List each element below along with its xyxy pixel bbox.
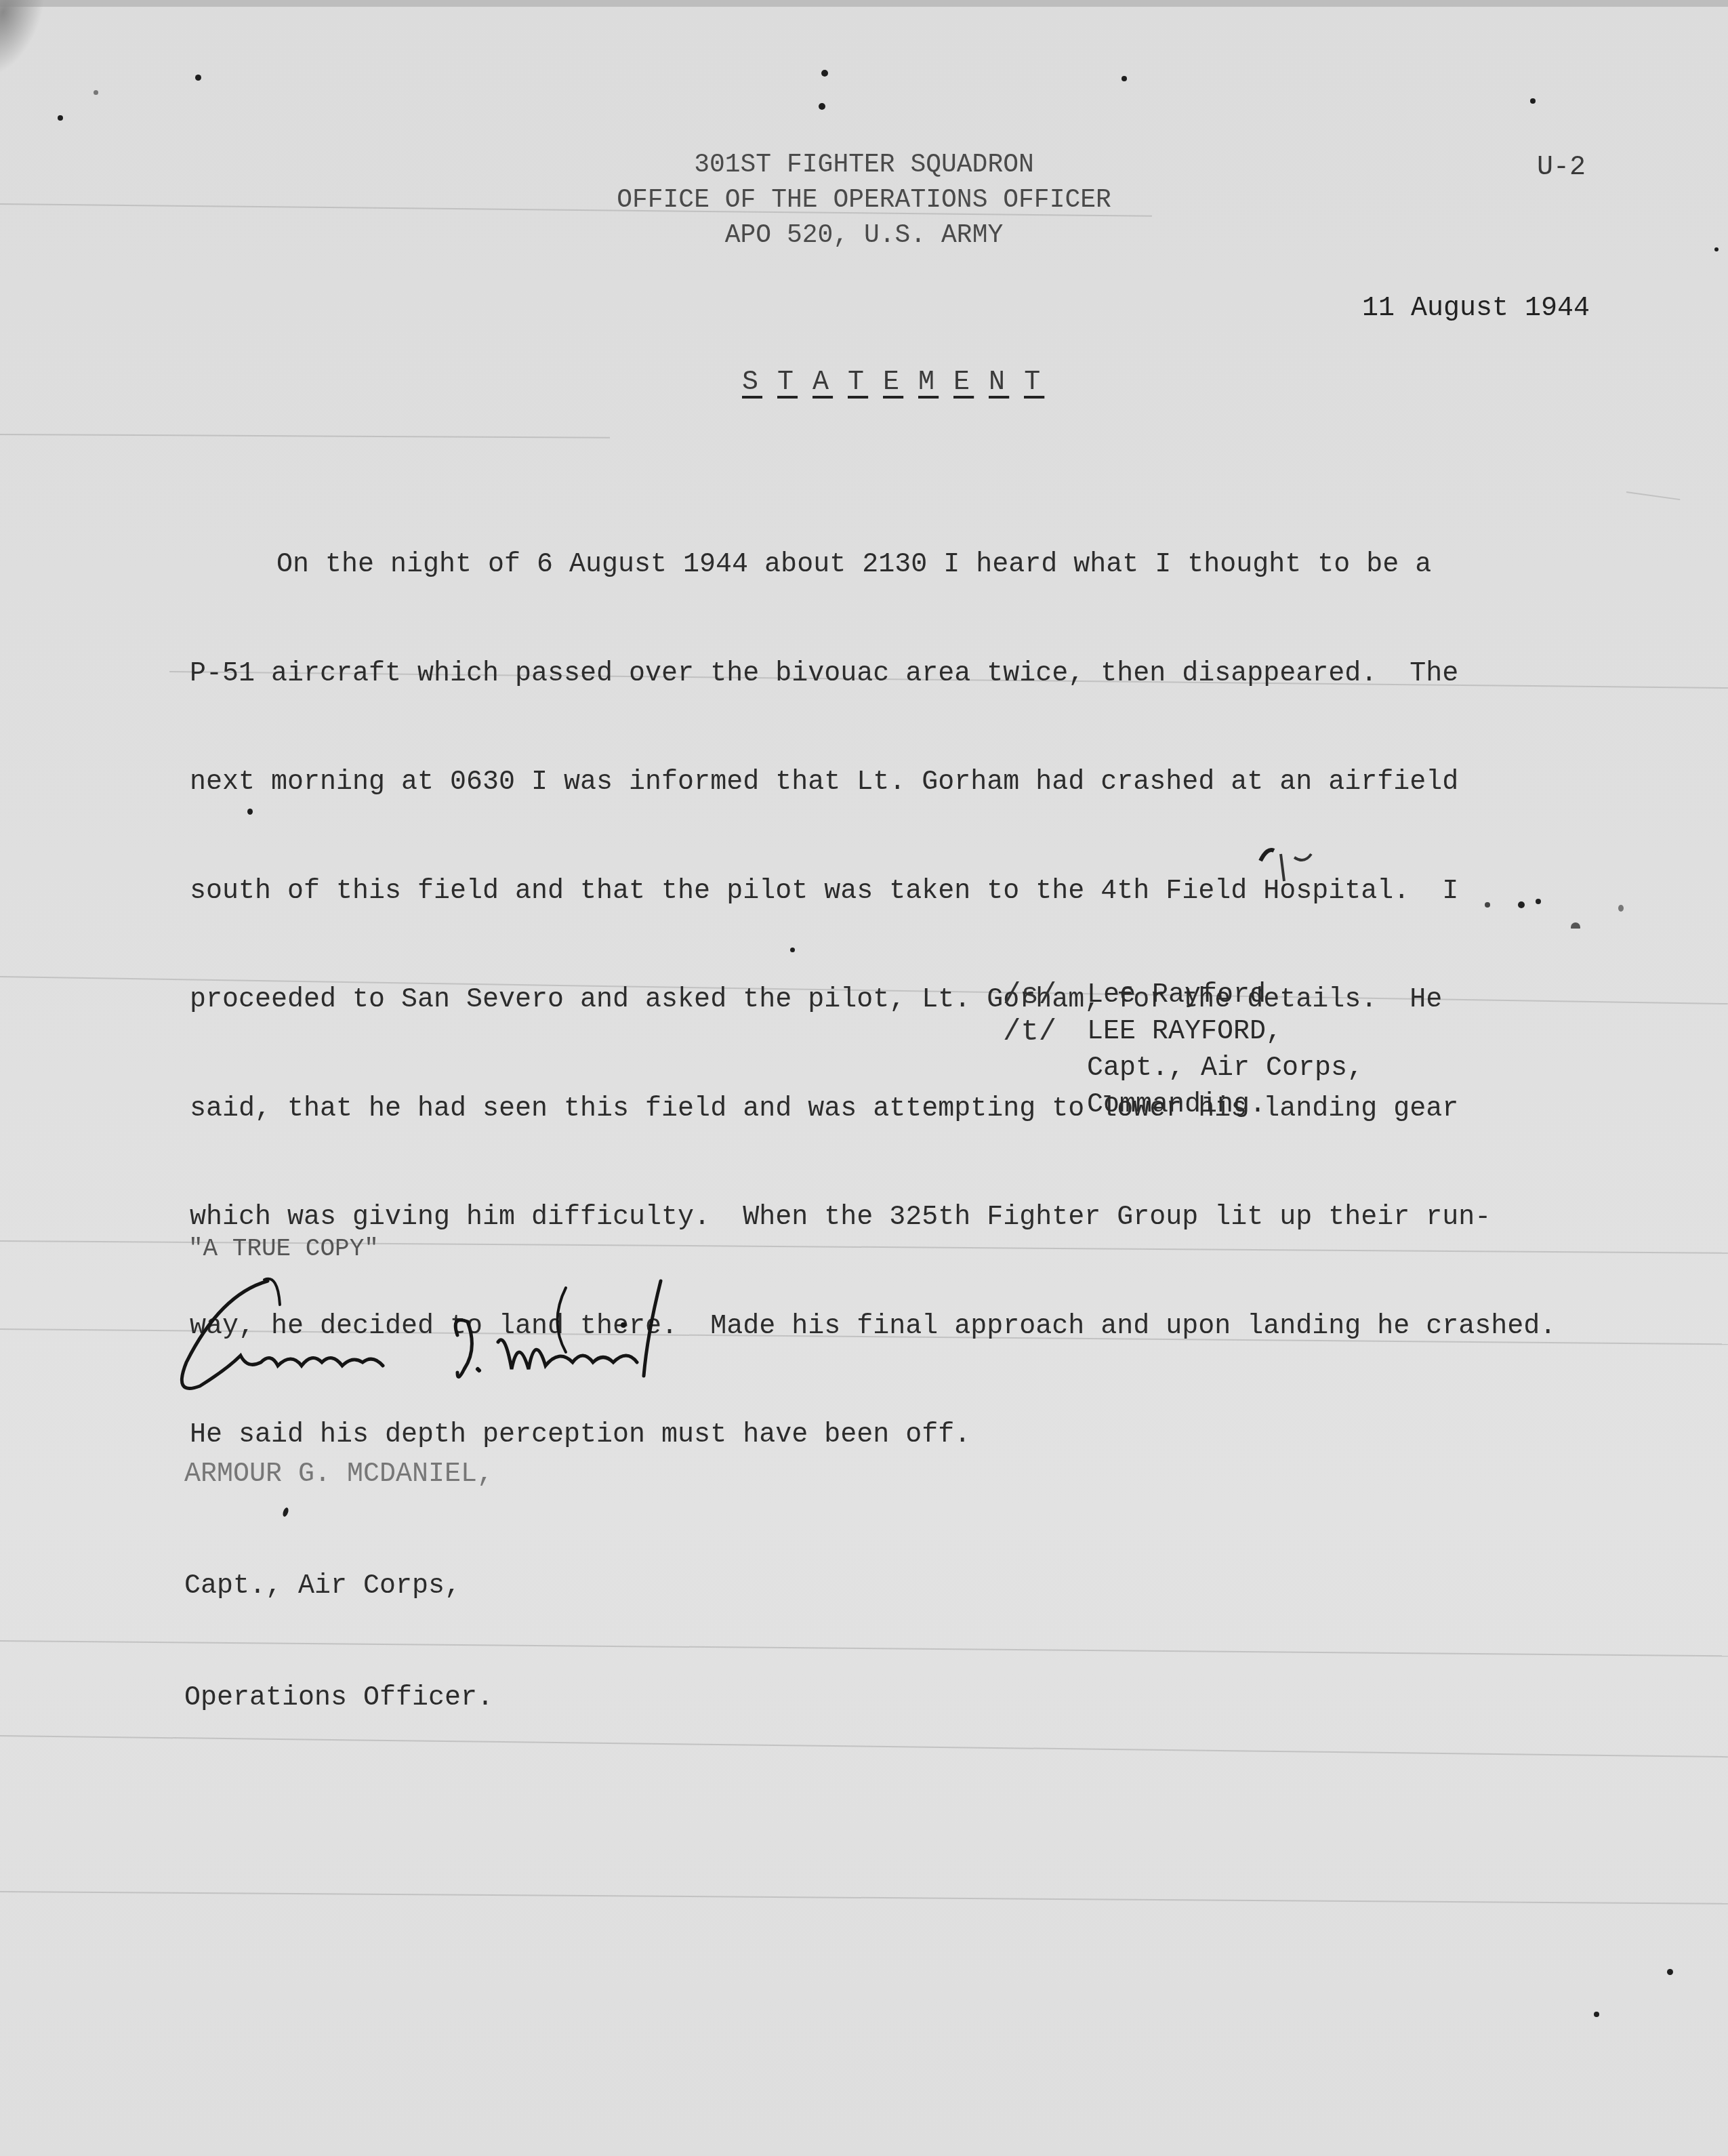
dust-speck (819, 103, 825, 110)
dust-speck (1667, 1969, 1673, 1975)
dust-speck (58, 115, 63, 121)
dust-speck (1530, 98, 1536, 104)
officer-typed-name: ARMOUR G. MCDANIEL, (184, 1456, 493, 1493)
commander-rank: Capt., Air Corps, (1087, 1051, 1363, 1087)
body-line: next morning at 0630 I was informed that… (190, 765, 1556, 801)
dust-speck (1594, 2012, 1599, 2017)
corner-shadow (0, 0, 49, 87)
body-line: On the night of 6 August 1944 about 2130… (190, 547, 1556, 584)
title-letter: T (1024, 367, 1044, 398)
signed-marker: /s/ (1003, 977, 1084, 1014)
header-squadron: 301ST FIGHTER SQUADRON (0, 150, 1728, 180)
dust-speck (1122, 76, 1127, 81)
officer-rank: Capt., Air Corps, (184, 1568, 493, 1605)
dust-speck (821, 70, 828, 77)
body-line: which was giving him difficulty. When th… (190, 1200, 1556, 1236)
title-letter: N (989, 367, 1009, 398)
document-date: 11 August 1944 (1362, 293, 1590, 324)
dust-speck (94, 90, 98, 95)
title-letter: E (953, 367, 974, 398)
dust-speck (195, 75, 201, 81)
crease-line (0, 434, 610, 439)
crease-line (1626, 491, 1680, 500)
title-letter: M (918, 367, 939, 398)
title-letter: T (777, 367, 798, 398)
title-text: STATEMENT (742, 367, 1044, 398)
typed-marker: /t/ (1003, 1014, 1084, 1051)
page-top-edge (0, 0, 1728, 7)
true-copy-label: "A TRUE COPY" (188, 1235, 379, 1263)
document-page: 301ST FIGHTER SQUADRON OFFICE OF THE OPE… (0, 0, 1728, 2156)
document-id: U-2 (1537, 152, 1586, 183)
body-line: P-51 aircraft which passed over the bivo… (190, 656, 1556, 693)
title-letter: S (742, 367, 762, 398)
body-line: proceeded to San Severo and asked the pi… (190, 982, 1556, 1019)
officer-position: Operations Officer. (184, 1680, 493, 1717)
commander-position: Commanding. (1087, 1087, 1266, 1124)
title-letter: A (812, 367, 833, 398)
body-line: said, that he had seen this field and wa… (190, 1091, 1556, 1128)
typed-name: LEE RAYFORD, (1087, 1014, 1282, 1051)
signed-name: Lee Rayford (1087, 977, 1266, 1014)
title-letter: T (848, 367, 868, 398)
operations-officer-block: ARMOUR G. MCDANIEL, Capt., Air Corps, Op… (184, 1381, 493, 1791)
commander-signature-block: /s/ /t/ Lee Rayford LEE RAYFORD, Capt., … (1003, 977, 1068, 1270)
body-line: south of this field and that the pilot w… (190, 874, 1556, 910)
document-title: STATEMENT (742, 367, 1044, 398)
header-apo: APO 520, U.S. ARMY (0, 221, 1728, 250)
crease-line (0, 1891, 1728, 1905)
header-office: OFFICE OF THE OPERATIONS OFFICER (0, 186, 1728, 215)
title-letter: E (883, 367, 903, 398)
